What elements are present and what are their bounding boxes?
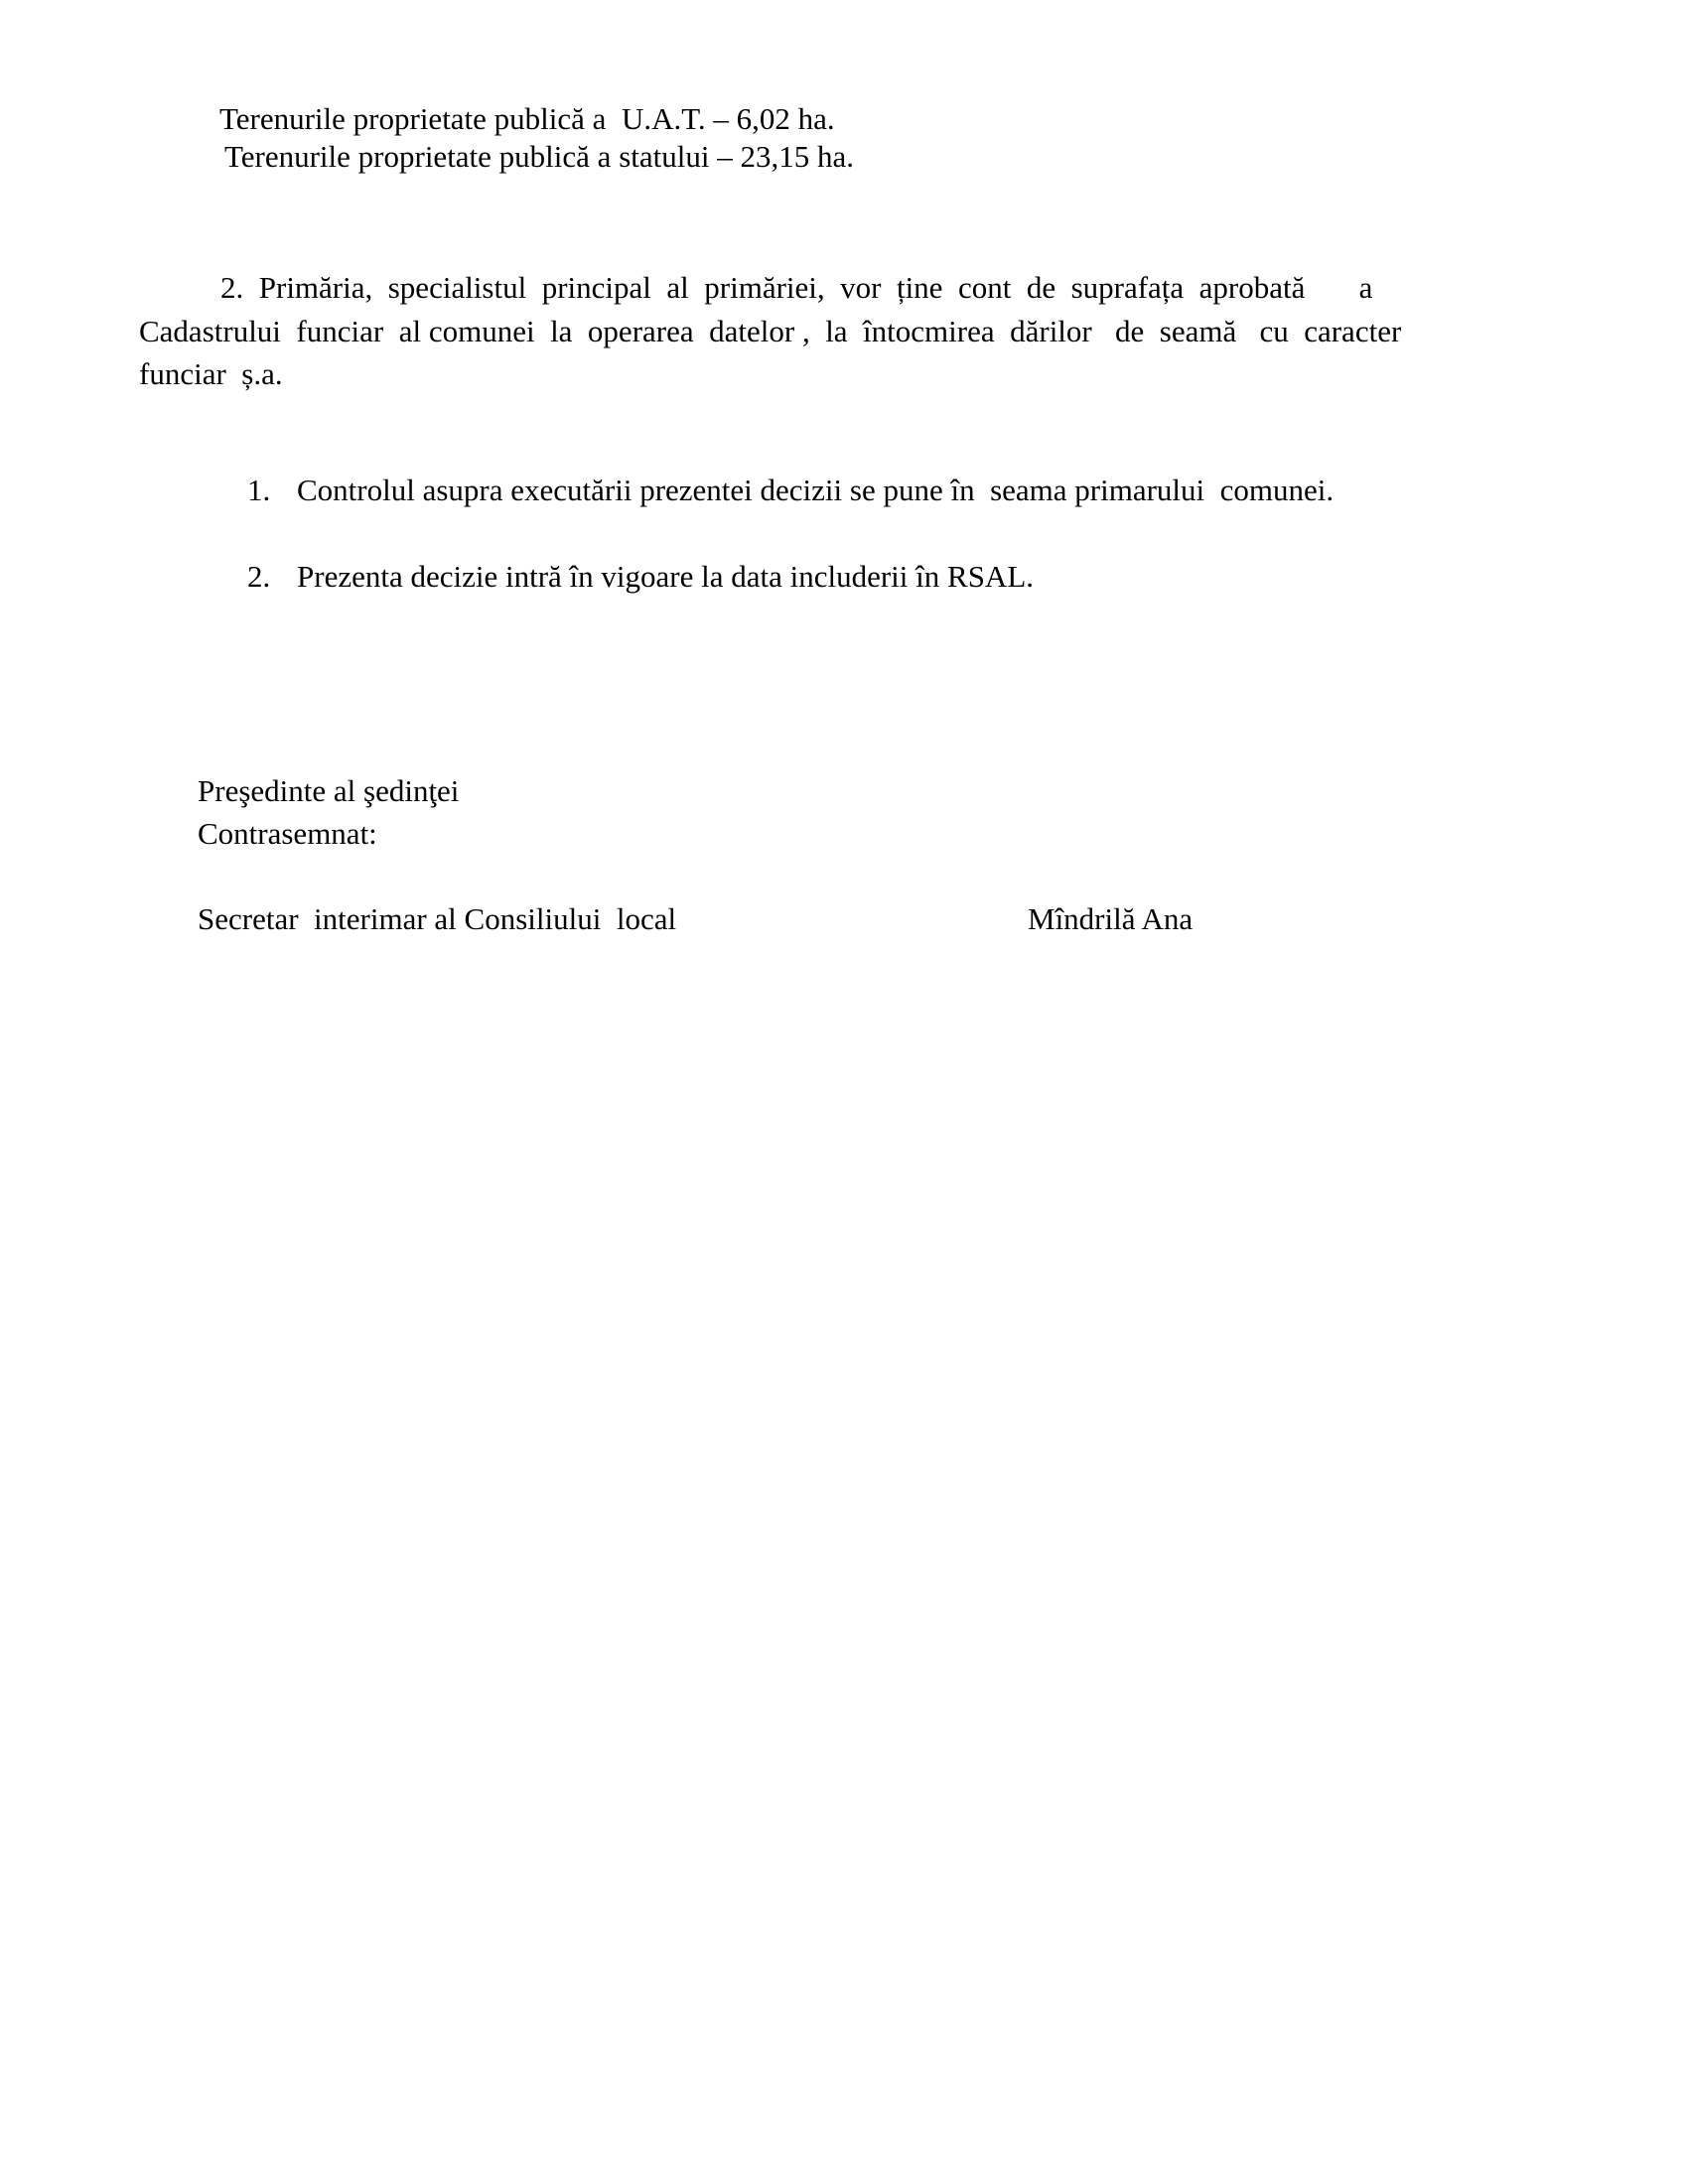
- countersigned-label: Contrasemnat:: [198, 818, 377, 849]
- item-text: Prezenta decizie intră în vigoare la dat…: [297, 559, 1034, 594]
- state-land-line: Terenurile proprietate publică a statulu…: [224, 141, 854, 172]
- secretary-label: Secretar interimar al Consiliului local: [198, 903, 676, 934]
- numbered-item-1: 1.Controlul asupra executării prezentei …: [216, 444, 1334, 536]
- paragraph-2-line-1: 2. Primăria, specialistul principal al p…: [220, 272, 1372, 303]
- item-number: 1.: [247, 475, 297, 505]
- paragraph-2-line-3: funciar ș.a.: [139, 358, 283, 389]
- president-label: Preşedinte al şedinţei: [198, 775, 459, 806]
- item-number: 2.: [247, 561, 297, 592]
- item-text: Controlul asupra executării prezentei de…: [297, 473, 1334, 507]
- paragraph-2-line-2: Cadastrului funciar al comunei la operar…: [139, 316, 1401, 346]
- secretary-name: Mîndrilă Ana: [1028, 903, 1193, 934]
- uat-land-line: Terenurile proprietate publică a U.A.T. …: [219, 103, 835, 134]
- numbered-item-2: 2.Prezenta decizie intră în vigoare la d…: [216, 530, 1034, 622]
